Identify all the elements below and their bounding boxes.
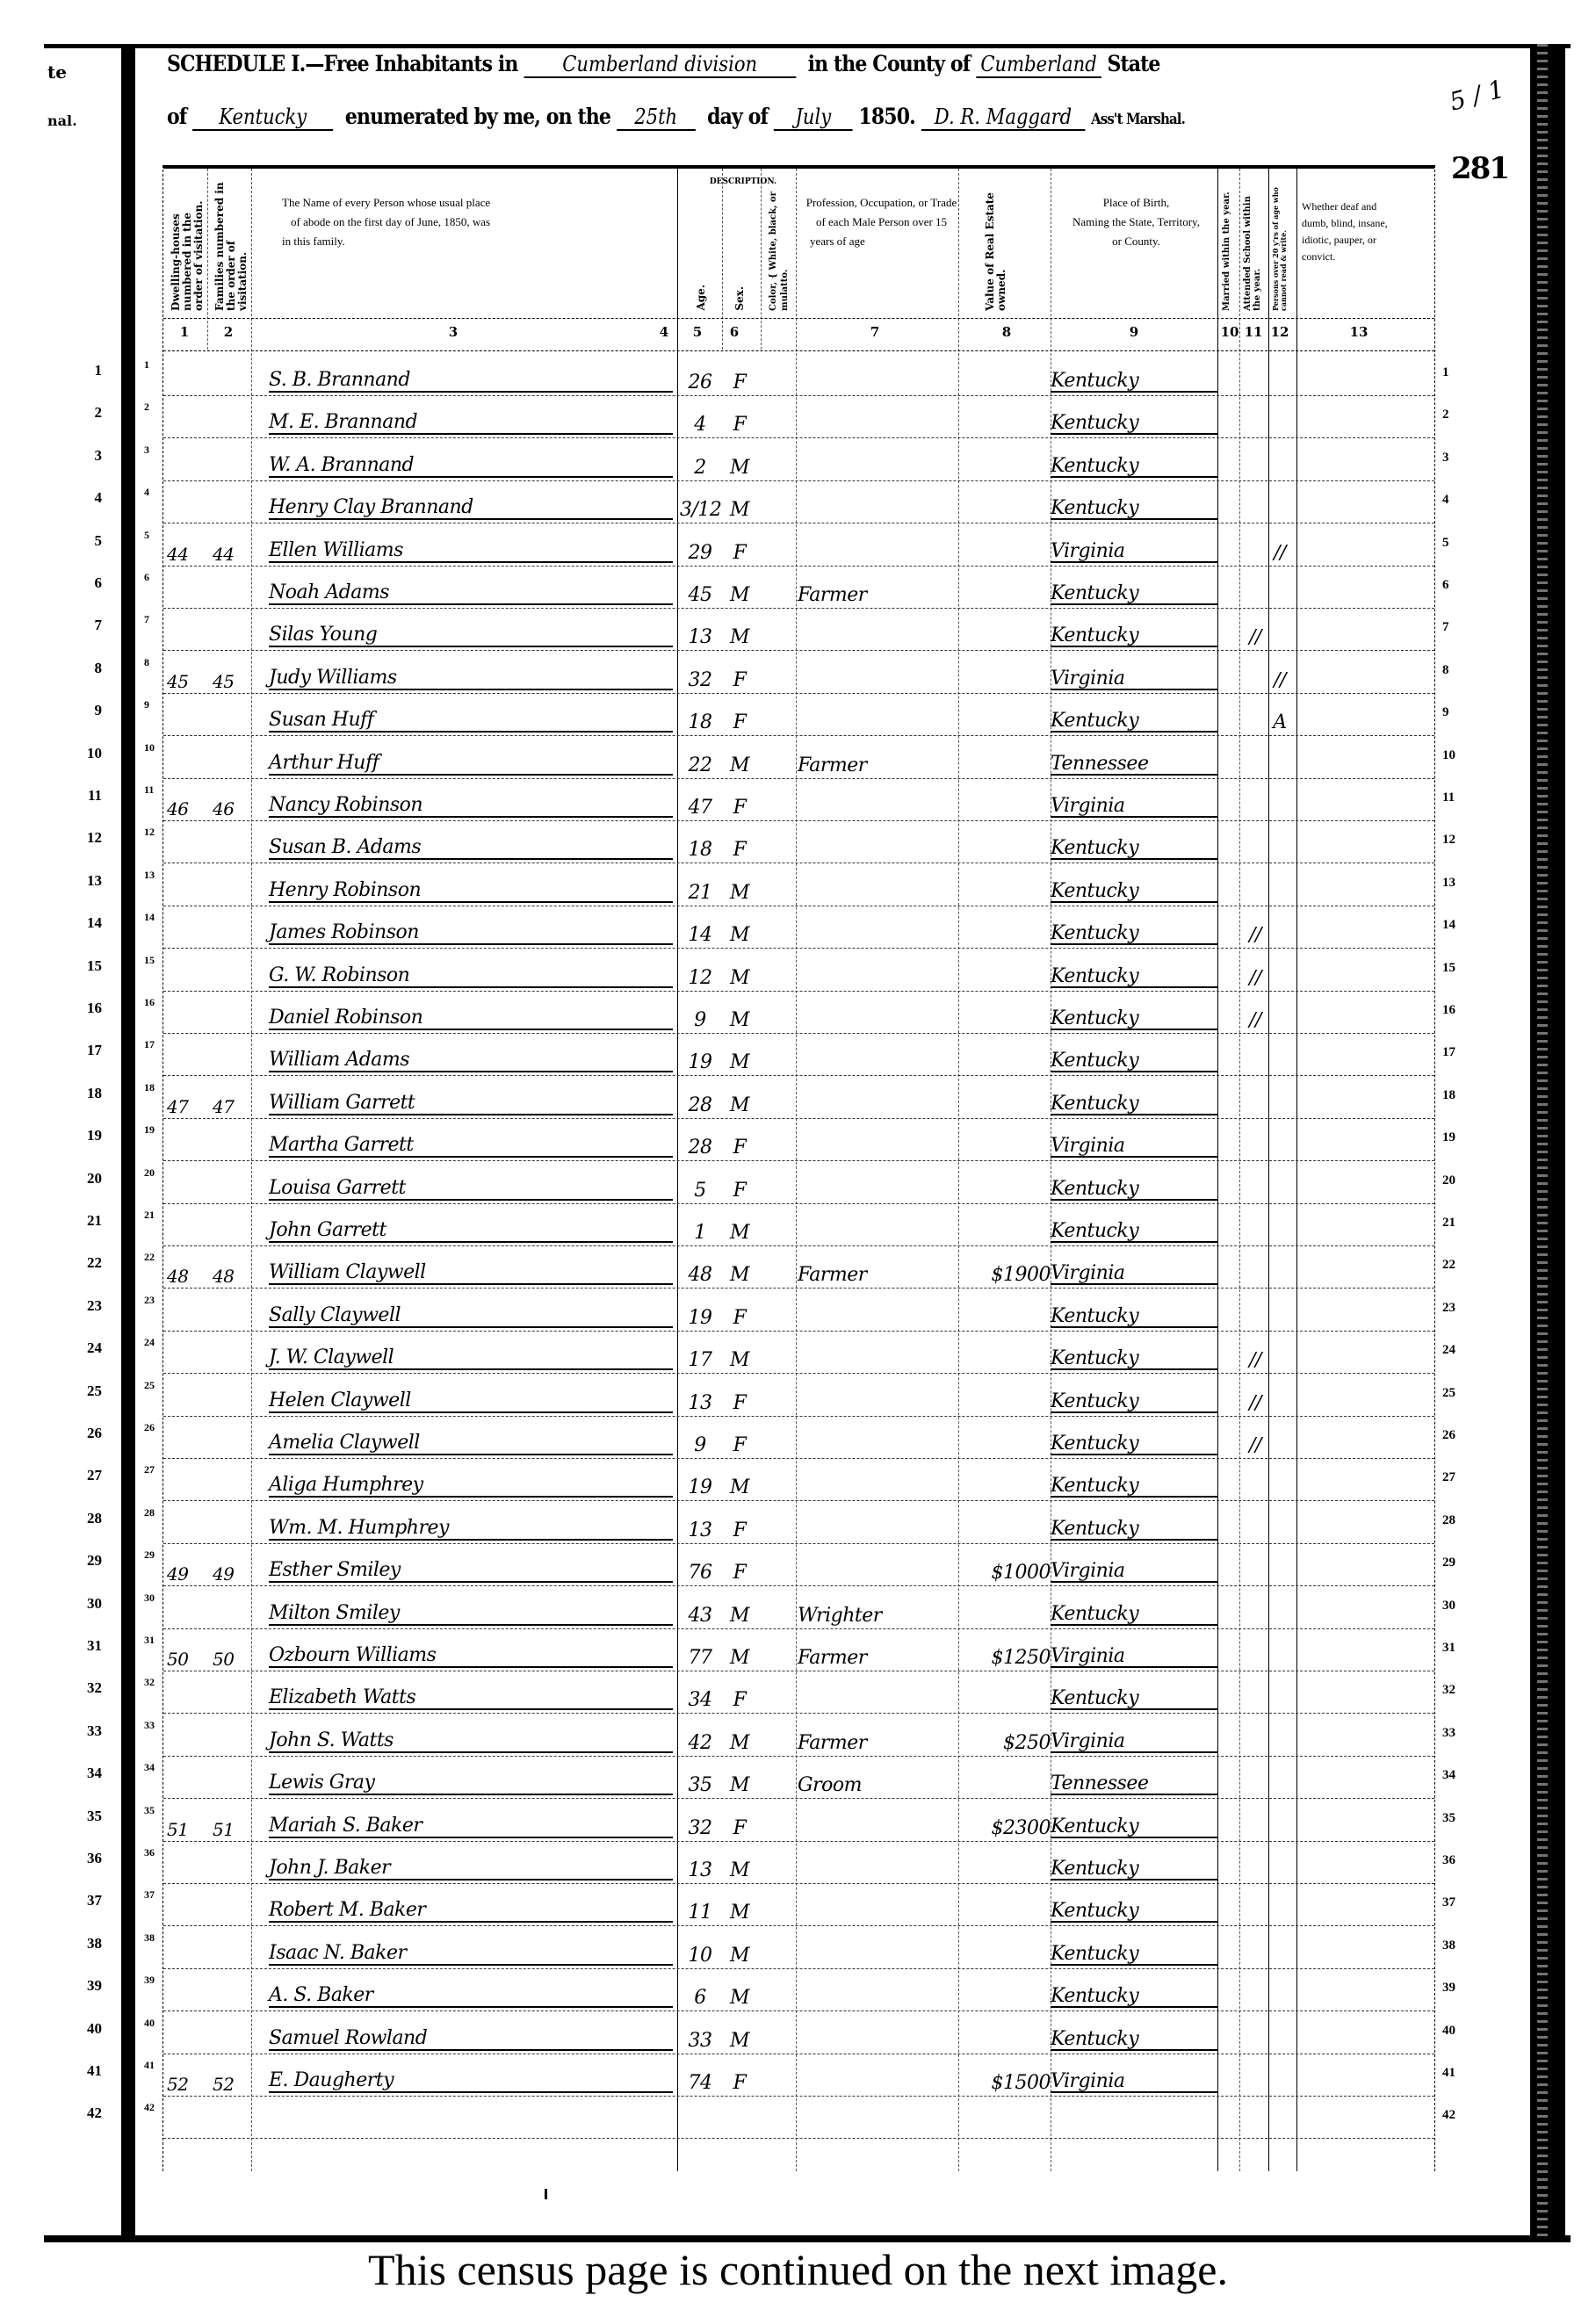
- illiterate-mark: ∕∕: [1268, 544, 1291, 563]
- of-label: of: [167, 104, 186, 129]
- line-number-outer: 5: [1442, 536, 1449, 551]
- left-line-number: 26: [84, 1425, 102, 1442]
- line-number-inner: 25: [144, 1379, 155, 1392]
- line-number-inner: 39: [144, 1974, 155, 1987]
- left-line-number: 13: [84, 872, 102, 890]
- dwelling-number: 51: [167, 1821, 213, 1838]
- table-row: 14 James Robinson 14 M Kentucky ∕∕ 14: [163, 906, 1434, 949]
- school-mark: ∕∕: [1244, 1436, 1267, 1455]
- line-number-outer: 24: [1442, 1343, 1455, 1358]
- person-name: [269, 2134, 673, 2135]
- line-number-inner: 22: [144, 1251, 155, 1264]
- table-row: 23 Sally Claywell 19 F Kentucky 23: [163, 1289, 1434, 1332]
- age: 45: [680, 586, 720, 605]
- line-number-outer: 20: [1442, 1173, 1455, 1188]
- left-line-number: 33: [84, 1722, 102, 1740]
- sex: M: [722, 1478, 757, 1498]
- occupation: Groom: [798, 1776, 956, 1795]
- state-field: Kentucky: [192, 105, 333, 131]
- age: 4: [680, 415, 720, 435]
- scan-mark: [545, 2189, 547, 2199]
- birthplace: Kentucky: [1051, 924, 1217, 945]
- line-number-inner: 27: [144, 1463, 155, 1476]
- birthplace: Kentucky: [1051, 1987, 1217, 2008]
- birthplace: Kentucky: [1051, 1902, 1217, 1923]
- line-number-outer: 13: [1442, 876, 1455, 891]
- age: 10: [680, 1946, 720, 1966]
- line-number-inner: 40: [144, 2017, 155, 2030]
- birthplace: Kentucky: [1051, 1520, 1217, 1541]
- person-name: Lewis Gray: [269, 1773, 673, 1795]
- page-edge-shadow: [1530, 44, 1565, 2238]
- sex: M: [722, 1989, 757, 2008]
- table-row: 2 M. E. Brannand 4 F Kentucky 2: [163, 395, 1434, 438]
- sex: F: [722, 415, 757, 435]
- table-row: 27 Aliga Humphrey 19 M Kentucky 27: [163, 1458, 1434, 1501]
- line-number-outer: 30: [1442, 1599, 1455, 1613]
- school-mark: ∕∕: [1244, 1351, 1267, 1370]
- line-number-outer: 8: [1442, 663, 1449, 678]
- line-number-inner: 19: [144, 1123, 155, 1137]
- table-row: 5 44 44 Ellen Williams 29 F Virginia ∕∕ …: [163, 523, 1434, 567]
- sex: M: [722, 1096, 757, 1115]
- person-name: Robert M. Baker: [269, 1901, 673, 1923]
- age: 29: [680, 544, 720, 563]
- left-line-number: 12: [84, 829, 102, 847]
- line-number-inner: 24: [144, 1336, 155, 1349]
- line-number-inner: 36: [144, 1846, 155, 1859]
- header-family: Families numbered in the order of visita…: [207, 169, 251, 318]
- left-line-number: 22: [84, 1254, 102, 1272]
- age: 1: [680, 1224, 720, 1243]
- line-number-outer: 17: [1442, 1045, 1455, 1060]
- person-name: S. B. Brannand: [269, 371, 673, 393]
- line-number-outer: 39: [1442, 1981, 1455, 1996]
- sex: M: [722, 1606, 757, 1626]
- person-name: Ozbourn Williams: [269, 1646, 673, 1668]
- real-estate-value: $250: [963, 1734, 1051, 1753]
- line-number-inner: 21: [144, 1209, 155, 1222]
- person-name: Daniel Robinson: [269, 1008, 673, 1030]
- family-number: 51: [213, 1821, 256, 1838]
- line-number-outer: 22: [1442, 1258, 1455, 1273]
- table-row: 24 J. W. Claywell 17 M Kentucky ∕∕ 24: [163, 1331, 1434, 1374]
- age: 28: [680, 1096, 720, 1115]
- left-line-number: 24: [84, 1339, 102, 1357]
- person-name: William Garrett: [269, 1094, 673, 1115]
- birthplace: Kentucky: [1051, 839, 1217, 860]
- occupation: Farmer: [798, 1266, 956, 1285]
- sex: F: [722, 1394, 757, 1413]
- birthplace: Kentucky: [1051, 1349, 1217, 1370]
- table-row: 36 John J. Baker 13 M Kentucky 36: [163, 1841, 1434, 1884]
- line-number-inner: 31: [144, 1634, 155, 1647]
- occupation: Farmer: [798, 586, 956, 605]
- birthplace: Virginia: [1051, 542, 1217, 563]
- sex: F: [722, 1138, 757, 1158]
- county-field: Cumberland: [976, 52, 1101, 78]
- left-line-number: 3: [84, 447, 102, 465]
- line-number-outer: 1: [1442, 365, 1449, 380]
- family-number: 48: [213, 1267, 256, 1285]
- birthplace: Kentucky: [1051, 1307, 1217, 1328]
- school-mark: ∕∕: [1244, 969, 1267, 988]
- person-name: Judy Williams: [269, 668, 673, 690]
- header-school: Attended School within the year.: [1239, 169, 1268, 318]
- left-line-number: 18: [84, 1085, 102, 1102]
- birthplace: Virginia: [1051, 1647, 1217, 1668]
- table-row: 16 Daniel Robinson 9 M Kentucky ∕∕ 16: [163, 991, 1434, 1034]
- left-line-number: 39: [84, 1977, 102, 1995]
- person-name: M. E. Brannand: [269, 413, 673, 435]
- birthplace: Kentucky: [1051, 499, 1217, 520]
- sex: F: [722, 798, 757, 818]
- line-number-inner: 6: [144, 571, 149, 584]
- birthplace: Kentucky: [1051, 1817, 1217, 1838]
- occupation: Wrighter: [798, 1606, 956, 1626]
- sex: M: [722, 2032, 757, 2051]
- dwelling-number: 52: [167, 2075, 213, 2093]
- person-name: Noah Adams: [269, 583, 673, 605]
- line-number-outer: 23: [1442, 1301, 1455, 1316]
- sex: F: [722, 1563, 757, 1583]
- left-line-number: 19: [84, 1127, 102, 1144]
- table-row: 12 Susan B. Adams 18 F Kentucky 12: [163, 820, 1434, 863]
- sex: M: [722, 1946, 757, 1966]
- birthplace: Kentucky: [1051, 1689, 1217, 1710]
- person-name: Milton Smiley: [269, 1604, 673, 1626]
- line-number-outer: 11: [1442, 790, 1455, 805]
- table-row: 18 47 47 William Garrett 28 M Kentucky 1…: [163, 1076, 1434, 1119]
- line-number-inner: 11: [144, 783, 154, 797]
- table-row: 25 Helen Claywell 13 F Kentucky ∕∕ 25: [163, 1374, 1434, 1417]
- table-row: 32 Elizabeth Watts 34 F Kentucky 32: [163, 1671, 1434, 1714]
- occupation: Farmer: [798, 756, 956, 776]
- line-number-outer: 9: [1442, 705, 1449, 720]
- age: 21: [680, 884, 720, 903]
- line-number-inner: 8: [144, 656, 149, 669]
- sex: F: [722, 1181, 757, 1201]
- county-label: in the County of: [808, 51, 971, 76]
- birthplace: Virginia: [1051, 1137, 1217, 1158]
- state-label: State: [1107, 51, 1159, 76]
- header-age: Age.: [682, 169, 722, 318]
- line-number-outer: 28: [1442, 1513, 1455, 1528]
- left-line-number: 27: [84, 1467, 102, 1484]
- sex: M: [722, 1734, 757, 1753]
- sex: F: [722, 713, 757, 733]
- table-row: 6 Noah Adams 45 M Farmer Kentucky 6: [163, 566, 1434, 609]
- line-number-outer: 15: [1442, 961, 1455, 976]
- table-row: 19 Martha Garrett 28 F Virginia 19: [163, 1118, 1434, 1161]
- age: 32: [680, 671, 720, 690]
- sex: M: [722, 756, 757, 776]
- left-line-number: 40: [84, 2020, 102, 2038]
- birthplace: Kentucky: [1051, 1945, 1217, 1966]
- left-line-number: 16: [84, 1000, 102, 1017]
- age: 17: [680, 1351, 720, 1370]
- age: 28: [680, 1138, 720, 1158]
- line-number-inner: 3: [144, 444, 149, 457]
- line-number-inner: 26: [144, 1421, 155, 1434]
- line-number-outer: 16: [1442, 1003, 1455, 1018]
- sex: M: [722, 926, 757, 945]
- age: 43: [680, 1606, 720, 1626]
- age: 22: [680, 756, 720, 776]
- person-name: Susan Huff: [269, 711, 673, 733]
- left-line-number: 7: [84, 617, 102, 634]
- person-name: Mariah S. Baker: [269, 1816, 673, 1838]
- birthplace: Kentucky: [1051, 1392, 1217, 1413]
- person-name: James Robinson: [269, 923, 673, 945]
- marshal-field: D. R. Maggard: [921, 105, 1086, 131]
- age: 9: [680, 1011, 720, 1030]
- table-row: 15 G. W. Robinson 12 M Kentucky ∕∕ 15: [163, 949, 1434, 992]
- line-number-inner: 5: [144, 529, 149, 542]
- dwelling-number: 48: [167, 1267, 213, 1285]
- birthplace: Kentucky: [1051, 2030, 1217, 2051]
- birthplace: Kentucky: [1051, 711, 1217, 733]
- marshal-label: Ass't Marshal.: [1091, 111, 1185, 128]
- age: 19: [680, 1053, 720, 1072]
- line-number-inner: 37: [144, 1888, 155, 1902]
- book-spine-shadow: [121, 44, 135, 2238]
- page-number: 281: [1451, 151, 1508, 186]
- birthplace: Kentucky: [1051, 967, 1217, 988]
- line-number-inner: 20: [144, 1166, 155, 1180]
- schedule-title-line: SCHEDULE I.—Free Inhabitants in Cumberla…: [167, 51, 1160, 78]
- person-name: G. W. Robinson: [269, 966, 673, 988]
- real-estate-value: $1500: [963, 2074, 1051, 2093]
- person-name: Wm. M. Humphrey: [269, 1519, 673, 1541]
- line-number-outer: 18: [1442, 1088, 1455, 1103]
- left-line-number: 35: [84, 1808, 102, 1825]
- left-line-number: 10: [84, 745, 102, 762]
- line-number-outer: 36: [1442, 1853, 1455, 1868]
- line-number-inner: 2: [144, 401, 149, 414]
- age: 35: [680, 1776, 720, 1795]
- sex: F: [722, 2074, 757, 2093]
- sex: F: [722, 841, 757, 860]
- line-number-inner: 28: [144, 1506, 155, 1520]
- line-number-inner: 29: [144, 1548, 155, 1562]
- line-number-outer: 19: [1442, 1130, 1455, 1145]
- left-line-number: 17: [84, 1042, 102, 1059]
- left-line-number: 30: [84, 1595, 102, 1613]
- birthplace: Kentucky: [1051, 457, 1217, 478]
- birthplace: Tennessee: [1051, 754, 1217, 776]
- birthplace: Kentucky: [1051, 882, 1217, 903]
- sex: M: [722, 628, 757, 647]
- table-row: 26 Amelia Claywell 9 F Kentucky ∕∕ 26: [163, 1416, 1434, 1459]
- enumerated-label: enumerated by me, on the: [345, 104, 610, 129]
- header-married: Married within the year.: [1217, 169, 1239, 318]
- person-name: Susan B. Adams: [269, 838, 673, 860]
- table-row: 22 48 48 William Claywell 48 M Farmer $1…: [163, 1245, 1434, 1289]
- sex: F: [722, 1521, 757, 1541]
- person-name: Helen Claywell: [269, 1391, 673, 1413]
- age: 12: [680, 969, 720, 988]
- dwelling-number: 49: [167, 1565, 213, 1583]
- age: 13: [680, 1861, 720, 1880]
- sex: M: [722, 1224, 757, 1243]
- school-mark: ∕∕: [1244, 1394, 1267, 1413]
- line-number-outer: 31: [1442, 1641, 1455, 1656]
- age: 6: [680, 1989, 720, 2008]
- line-number-outer: 35: [1442, 1811, 1455, 1826]
- left-line-number: 31: [84, 1637, 102, 1655]
- age: 13: [680, 628, 720, 647]
- age: 48: [680, 1266, 720, 1285]
- birthplace: Virginia: [1051, 797, 1217, 818]
- line-number-inner: 13: [144, 869, 155, 882]
- sex: F: [722, 1436, 757, 1455]
- header-real-estate: Value of Real Estate owned.: [958, 169, 1051, 318]
- birthplace: Kentucky: [1051, 414, 1217, 435]
- left-line-number: 11: [84, 787, 102, 805]
- left-line-number: 37: [84, 1892, 102, 1909]
- dwelling-number: 45: [167, 673, 213, 690]
- left-line-number: 42: [84, 2104, 102, 2122]
- schedule-label: SCHEDULE I.—Free Inhabitants in: [167, 51, 518, 76]
- dwelling-number: 50: [167, 1650, 213, 1668]
- table-row: 33 John S. Watts 42 M Farmer $250 Virgin…: [163, 1714, 1434, 1757]
- table-row: 3 W. A. Brannand 2 M Kentucky 3: [163, 438, 1434, 481]
- line-number-outer: 2: [1442, 408, 1449, 422]
- person-name: Esther Smiley: [269, 1561, 673, 1583]
- left-line-number: 38: [84, 1935, 102, 1953]
- enumeration-line: of Kentucky enumerated by me, on the 25t…: [167, 104, 1185, 131]
- table-row: 41 52 52 E. Daugherty 74 F $1500 Virgini…: [163, 2054, 1434, 2097]
- birthplace: Virginia: [1051, 2072, 1217, 2093]
- line-number-outer: 29: [1442, 1556, 1455, 1570]
- age: 32: [680, 1819, 720, 1838]
- left-line-number: 36: [84, 1850, 102, 1867]
- family-number: 44: [213, 545, 256, 563]
- school-mark: ∕∕: [1244, 926, 1267, 945]
- line-number-outer: 4: [1442, 493, 1449, 508]
- table-row: 30 Milton Smiley 43 M Wrighter Kentucky …: [163, 1586, 1434, 1629]
- left-line-number: 28: [84, 1510, 102, 1527]
- sex: M: [722, 1776, 757, 1795]
- person-name: William Adams: [269, 1050, 673, 1072]
- person-name: John Garrett: [269, 1221, 673, 1243]
- line-number-inner: 16: [144, 996, 155, 1009]
- person-name: W. A. Brannand: [269, 456, 673, 478]
- person-name: Nancy Robinson: [269, 796, 673, 818]
- birthplace: Tennessee: [1051, 1774, 1217, 1795]
- age: 2: [680, 458, 720, 478]
- day-of-label: day of: [707, 104, 768, 129]
- line-number-outer: 6: [1442, 578, 1449, 593]
- census-table: Dwelling-houses numbered in the order of…: [162, 165, 1435, 2171]
- left-line-number: 25: [84, 1382, 102, 1400]
- division-field: Cumberland division: [524, 52, 796, 78]
- sex: M: [722, 1649, 757, 1668]
- illiterate-mark: ∕∕: [1268, 671, 1291, 690]
- table-row: 8 45 45 Judy Williams 32 F Virginia ∕∕ 8: [163, 651, 1434, 694]
- left-line-number: 8: [84, 660, 102, 677]
- school-mark: ∕∕: [1244, 1011, 1267, 1030]
- age: 18: [680, 841, 720, 860]
- left-line-number: 5: [84, 532, 102, 550]
- birthplace: Kentucky: [1051, 1859, 1217, 1880]
- family-number: 52: [213, 2075, 256, 2093]
- table-row: 4 Henry Clay Brannand 3/12 M Kentucky 4: [163, 480, 1434, 523]
- left-line-number: 29: [84, 1552, 102, 1570]
- person-name: Sally Claywell: [269, 1306, 673, 1328]
- header-color: Color, { White, black, or mulatto.: [761, 169, 796, 318]
- table-row: 21 John Garrett 1 M Kentucky 21: [163, 1203, 1434, 1246]
- table-row: 34 Lewis Gray 35 M Groom Tennessee 34: [163, 1756, 1434, 1799]
- birthplace: Kentucky: [1051, 1009, 1217, 1030]
- person-name: Ellen Williams: [269, 541, 673, 563]
- birthplace: Kentucky: [1051, 1180, 1217, 1201]
- month-field: July: [774, 105, 853, 131]
- age: 11: [680, 1903, 720, 1923]
- left-line-number: 2: [84, 404, 102, 422]
- birthplace: Virginia: [1051, 1562, 1217, 1583]
- line-number-outer: 26: [1442, 1428, 1455, 1443]
- age: 5: [680, 1181, 720, 1201]
- line-number-inner: 33: [144, 1719, 155, 1732]
- person-name: A. S. Baker: [269, 1986, 673, 2008]
- header-sex: Sex.: [722, 169, 761, 318]
- real-estate-value: $2300: [963, 1819, 1051, 1838]
- line-number-inner: 17: [144, 1038, 155, 1051]
- sex: M: [722, 1903, 757, 1923]
- birthplace: Virginia: [1051, 1264, 1217, 1285]
- person-name: Isaac N. Baker: [269, 1944, 673, 1966]
- age: 14: [680, 926, 720, 945]
- birthplace: Virginia: [1051, 1732, 1217, 1753]
- sex: M: [722, 884, 757, 903]
- person-name: Amelia Claywell: [269, 1433, 673, 1455]
- table-row: 28 Wm. M. Humphrey 13 F Kentucky 28: [163, 1501, 1434, 1544]
- sex: M: [722, 1266, 757, 1285]
- family-number: 49: [213, 1565, 256, 1583]
- left-line-number: 34: [84, 1765, 102, 1782]
- sex: M: [722, 1053, 757, 1072]
- sex: F: [722, 1309, 757, 1328]
- birthplace: Kentucky: [1051, 1476, 1217, 1498]
- dwelling-number: 46: [167, 800, 213, 818]
- birthplace: Kentucky: [1051, 584, 1217, 605]
- table-row: 37 Robert M. Baker 11 M Kentucky 37: [163, 1883, 1434, 1926]
- line-number-outer: 42: [1442, 2108, 1455, 2123]
- line-number-inner: 32: [144, 1676, 155, 1689]
- family-number: 45: [213, 673, 256, 690]
- table-row: 9 Susan Huff 18 F Kentucky A 9: [163, 693, 1434, 736]
- age: 19: [680, 1309, 720, 1328]
- age: 9: [680, 1436, 720, 1455]
- family-number: 47: [213, 1098, 256, 1115]
- real-estate-value: $1000: [963, 1563, 1051, 1583]
- line-number-inner: 23: [144, 1294, 155, 1307]
- line-number-inner: 1: [144, 358, 149, 372]
- left-line-number: 20: [84, 1170, 102, 1187]
- sex: M: [722, 501, 757, 520]
- left-line-number: 14: [84, 914, 102, 932]
- age: 13: [680, 1521, 720, 1541]
- table-row: 40 Samuel Rowland 33 M Kentucky 40: [163, 2011, 1434, 2054]
- line-number-inner: 34: [144, 1761, 155, 1774]
- real-estate-value: $1900: [963, 1266, 1051, 1285]
- dwelling-number: 47: [167, 1098, 213, 1115]
- person-name: Henry Clay Brannand: [269, 498, 673, 520]
- person-name: John S. Watts: [269, 1731, 673, 1753]
- sex: F: [722, 544, 757, 563]
